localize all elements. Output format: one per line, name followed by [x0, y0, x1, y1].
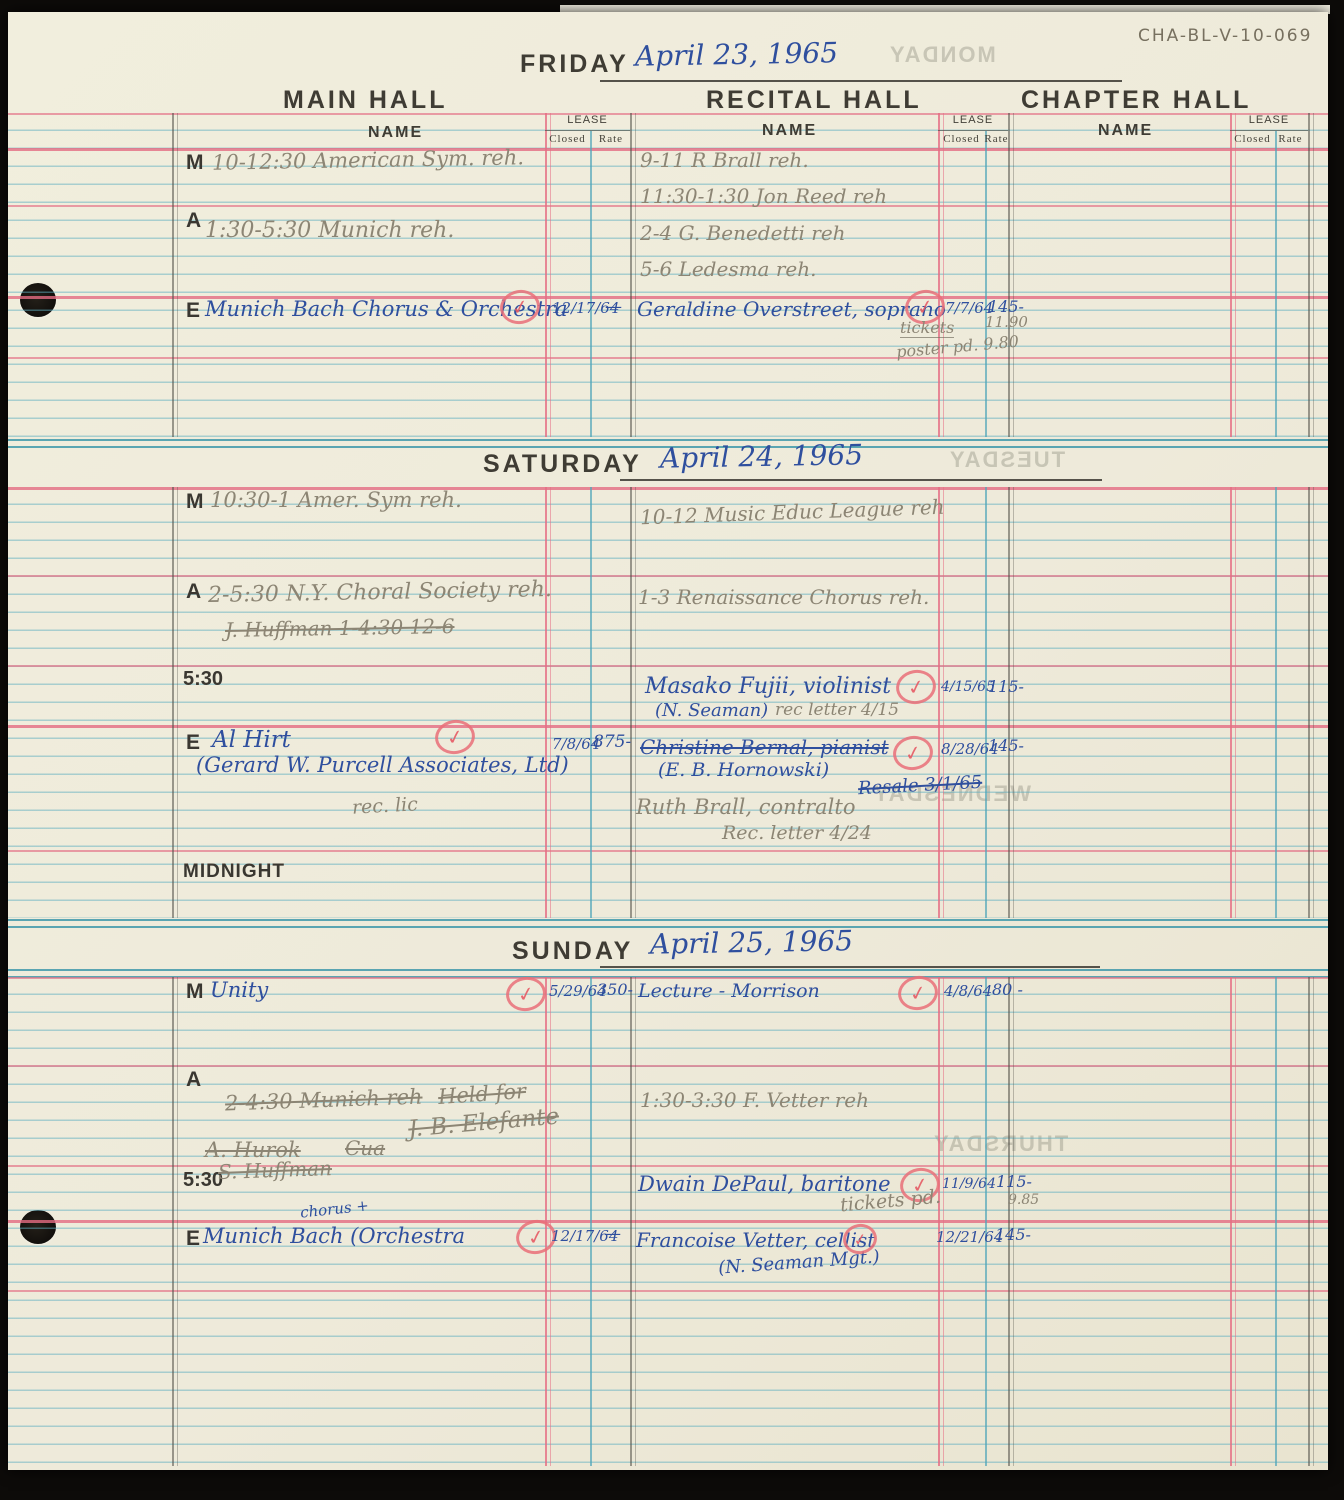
row-line	[8, 1165, 1328, 1167]
lease-header-recital: LEASE	[938, 114, 1008, 126]
rate-sat-rec-530: 115-	[988, 677, 1024, 696]
row-line	[8, 977, 1328, 979]
column-rule	[590, 131, 592, 437]
entry-sat-rec-530-1: Masako Fujii, violinist	[645, 674, 891, 699]
entry-sat-rec-e4: Rec. letter 4/24	[722, 822, 872, 844]
rate-sun-main-m: 350-	[597, 980, 633, 999]
column-rule	[938, 487, 944, 918]
rate2-sun-rec-530: 9.85	[1008, 1192, 1039, 1208]
rate-sat-rec-e: 145-	[988, 736, 1024, 755]
time-label-m: M	[186, 980, 204, 1004]
time-label-e: E	[186, 1227, 200, 1251]
column-rule	[1230, 113, 1236, 437]
column-rule	[1230, 487, 1236, 918]
entry-sat-main-e1: Al Hirt	[212, 727, 291, 753]
time-label-a: A	[186, 1068, 201, 1092]
column-rule	[1308, 487, 1314, 918]
entry-fri-rec-m1: 9-11 R Brall reh.	[640, 148, 809, 172]
date-underline	[620, 479, 1102, 481]
hall-title-chapter: CHAPTER HALL	[1021, 86, 1251, 115]
row-line	[8, 487, 1328, 490]
column-rule	[590, 977, 592, 1466]
column-rule	[1275, 977, 1277, 1466]
closed-sun-rec-m: 4/8/64	[944, 982, 992, 1000]
entry-fri-rec-a2: 5-6 Ledesma reh.	[640, 257, 816, 281]
entry-fri-main-a: 1:30-5:30 Munich reh.	[205, 218, 454, 243]
column-rule	[1008, 487, 1014, 918]
entry-sun-main-e1: Munich Bach (Orchestra	[203, 1224, 465, 1248]
entry-sun-rec-m: Lecture - Morrison	[638, 980, 820, 1002]
closed-header-main: Closed	[545, 133, 590, 145]
closed-sun-rec-530: 11/9/64	[942, 1176, 996, 1192]
time-label-a: A	[186, 580, 201, 604]
rate-sun-main-e: —	[604, 1224, 621, 1244]
time-label-m: M	[186, 490, 204, 514]
note-fri-tickets-amount: 11.90	[985, 313, 1028, 331]
ghost-tuesday: TUESDAY	[948, 447, 1065, 473]
time-label-a: A	[186, 209, 201, 233]
entry-sun-main-m: Unity	[210, 978, 268, 1002]
date-underline	[600, 966, 1100, 968]
closed-sun-rec-e: 12/21/64	[936, 1228, 1003, 1246]
entry-fri-rec-a1: 2-4 G. Benedetti reh	[640, 221, 846, 245]
column-rule	[985, 487, 987, 918]
column-rule	[630, 977, 636, 1466]
date-friday: April 23, 1965	[635, 36, 839, 73]
rate-sun-rec-530: 115-	[996, 1172, 1032, 1191]
closed-sat-rec-530: 4/15/65	[941, 679, 995, 695]
column-rule	[1008, 977, 1014, 1466]
day-title-saturday: SATURDAY	[483, 450, 642, 479]
reference-number: CHA-BL-V-10-069	[1138, 26, 1312, 46]
rate-sun-rec-m: 80 -	[992, 980, 1023, 999]
time-label-530: 5:30	[183, 668, 223, 691]
column-rule	[545, 487, 551, 918]
note-fri-tickets: tickets	[900, 318, 954, 338]
name-header-main: NAME	[368, 124, 423, 142]
entry-sat-main-a-struck: J. Huffman 1-4:30 12-6	[225, 614, 455, 642]
date-underline	[600, 80, 1122, 82]
row-line	[8, 1220, 1328, 1223]
row-line	[8, 1065, 1328, 1067]
date-sunday: April 25, 1965	[650, 924, 854, 961]
time-label-m: M	[186, 151, 204, 175]
row-line	[8, 575, 1328, 577]
column-rule	[938, 113, 944, 437]
ghost-monday: MONDAY	[888, 42, 996, 68]
column-rule	[630, 487, 636, 918]
entry-sun-main-a3b-struck: Cua	[345, 1136, 385, 1160]
day-title-friday: FRIDAY	[520, 50, 629, 79]
column-rule	[590, 487, 592, 918]
entry-sat-main-e2: (Gerard W. Purcell Associates, Ltd)	[196, 753, 569, 777]
closed-header-chapter: Closed	[1230, 133, 1275, 145]
column-rule	[545, 113, 551, 437]
ledger-scan: MONDAY TUESDAY WEDNESDAY THURSDAY	[0, 0, 1344, 1500]
column-rule	[1275, 487, 1277, 918]
entry-sat-rec-a: 1-3 Renaissance Chorus reh.	[638, 585, 929, 609]
row-line	[8, 1290, 1328, 1292]
note-sat-rec-lic: rec. lic	[351, 793, 418, 818]
column-rule	[172, 487, 178, 918]
rate-header-recital: Rate	[983, 133, 1010, 145]
entry-sat-rec-e3: Ruth Brall, contralto	[636, 795, 855, 819]
row-line	[8, 725, 1328, 728]
column-rule	[1230, 977, 1236, 1466]
column-rule	[938, 977, 944, 1466]
rate-fri-main-e: —	[605, 297, 622, 317]
entry-sun-rec-a: 1:30-3:30 F. Vetter reh	[640, 1088, 869, 1112]
row-line	[8, 850, 1328, 852]
row-line	[8, 357, 1328, 359]
name-header-recital: NAME	[762, 122, 817, 140]
time-label-e: E	[186, 299, 200, 323]
column-rule	[1308, 977, 1314, 1466]
column-rule	[1008, 113, 1014, 437]
entry-sat-rec-e2: (E. B. Hornowski)	[658, 759, 829, 781]
column-rule	[1308, 113, 1314, 437]
lease-divider	[938, 130, 1008, 131]
rate-header-chapter: Rate	[1273, 133, 1308, 145]
time-label-e: E	[186, 731, 200, 755]
entry-fri-rec-m2: 11:30-1:30 Jon Reed reh	[640, 184, 887, 208]
time-label-midnight: MIDNIGHT	[183, 861, 285, 883]
time-label-530: 5:30	[183, 1169, 223, 1192]
column-rule	[1275, 131, 1277, 437]
entry-sat-rec-530-2: (N. Seaman)	[655, 700, 768, 721]
lease-header-main: LEASE	[545, 114, 630, 126]
entry-sat-rec-530-2b: rec letter 4/15	[775, 700, 899, 720]
entry-sat-rec-e1-struck: Christine Bernal, pianist	[640, 735, 889, 759]
lease-divider	[545, 130, 630, 131]
entry-sun-main-a4-struck: S. Huffman	[218, 1156, 333, 1184]
day-title-sunday: SUNDAY	[512, 937, 633, 966]
rate-sun-rec-e: 145-	[995, 1225, 1031, 1244]
hall-title-recital: RECITAL HALL	[706, 86, 922, 115]
name-header-chapter: NAME	[1098, 122, 1153, 140]
lease-header-chapter: LEASE	[1230, 114, 1308, 126]
column-rule	[172, 113, 178, 437]
closed-header-recital: Closed	[938, 133, 985, 145]
column-rule	[172, 977, 178, 1466]
column-rule	[630, 113, 636, 437]
hall-title-main: MAIN HALL	[283, 86, 447, 115]
entry-sat-main-m: 10:30-1 Amer. Sym reh.	[210, 488, 462, 512]
rate-header-main: Rate	[592, 133, 630, 145]
column-rule	[985, 131, 987, 437]
column-rule	[985, 977, 987, 1466]
row-line	[8, 665, 1328, 667]
rate-sat-main-e: 875-	[593, 732, 631, 752]
date-saturday: April 24, 1965	[660, 438, 864, 475]
lease-divider	[1230, 130, 1308, 131]
